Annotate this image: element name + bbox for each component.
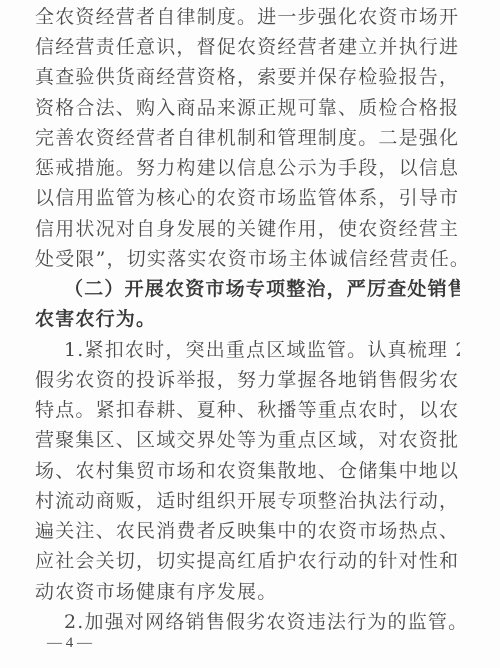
- text-line: 遍关注、农民消费者反映集中的农资市场热点、难点问题，积极回: [35, 516, 460, 546]
- text-line: 动农资市场健康有序发展。: [35, 577, 460, 607]
- text-line: 场、农村集贸市场和农资集散地、仓储集中地以及运销大户和乡: [35, 456, 460, 486]
- text-line: 信经营责任意识，督促农资经营者建立并执行进货查验制度，认: [35, 32, 460, 62]
- document-page: 全农资经营者自律制度。进一步强化农资市场开办者和经营者诚 信经营责任意识，督促农…: [0, 0, 500, 668]
- section-heading-cont: 农害农行为。: [35, 304, 460, 334]
- text-line: 营聚集区、区域交界处等为重点区域，对农资批发市场、专业市: [35, 425, 460, 455]
- text-line: 资格合法、购入商品来源正规可靠、质检合格报告真实有效，不断: [35, 93, 460, 123]
- text-line: 完善农资经营者自律机制和管理制度。二是强化守信激励和失信: [35, 123, 460, 153]
- text-line: 特点。紧扣春耕、夏种、秋播等重点农时，以农资主产区、小规模经: [35, 395, 460, 425]
- text-line: 真查验供货商经营资格，索要并保存检验报告，确保供货者主体: [35, 62, 460, 92]
- text-line: 全农资经营者自律制度。进一步强化农资市场开办者和经营者诚: [35, 2, 460, 32]
- section-heading: （二）开展农资市场专项整治，严厉查处销售假冒伪劣农资坑: [64, 274, 460, 304]
- text-line: 应社会关切，切实提高红盾护农行动的针对性和有效性，积极推: [35, 546, 460, 576]
- subsection-line: 1.紧扣农时，突出重点区域监管。认真梳理 2015 年违法销售: [64, 335, 460, 365]
- page-number: — 4 —: [47, 633, 92, 653]
- text-line: 处受限”，切实落实农资市场主体诚信经营责任。: [35, 244, 460, 274]
- text-line: 以信用监管为核心的农资市场监管体系，引导市场主体充分认识: [35, 183, 460, 213]
- text-line: 惩戒措施。努力构建以信息公示为手段，以信息归集共享为基础，: [35, 153, 460, 183]
- text-line: 信用状况对自身发展的关键作用，使农资经营主体“一处违法，处: [35, 214, 460, 244]
- text-line: 假劣农资的投诉举报，努力掌握各地销售假劣农资违法行为的新: [35, 365, 460, 395]
- text-line: 村流动商贩，适时组织开展专项整治执法行动，集中整治社会普: [35, 486, 460, 516]
- subsection-line: 2.加强对网络销售假劣农资违法行为的监管。将农资打假向: [64, 607, 460, 637]
